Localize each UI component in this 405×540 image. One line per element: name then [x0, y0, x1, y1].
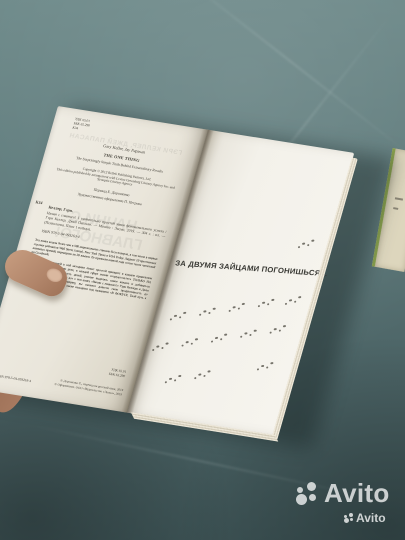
track-cluster: [194, 370, 211, 380]
track-cluster: [152, 342, 168, 352]
avito-logo-icon: [344, 513, 354, 523]
watermark-small: Avito: [344, 511, 386, 525]
track-cluster: [270, 325, 286, 335]
neighbor-book-marking: [395, 197, 403, 200]
udk-bottom-block: УДК 65.01 ББК 65.290: [108, 367, 127, 378]
neighbor-book-marking: [393, 207, 398, 210]
track-cluster: [240, 330, 257, 339]
footer-isbn: ISBN 978-5-04-093263-4: [0, 374, 31, 383]
watermark-small-label: Avito: [356, 511, 386, 525]
track-cluster: [257, 362, 274, 371]
track-cluster: [298, 240, 314, 250]
track-cluster: [181, 338, 198, 347]
footer-copyrights: © Дорошенко Е., перевод на русский язык,…: [54, 378, 124, 397]
thumb-nail: [45, 266, 65, 284]
track-cluster: [258, 299, 275, 308]
avito-logo-icon: [296, 482, 320, 506]
track-cluster: [199, 308, 216, 317]
track-cluster: [211, 333, 228, 343]
hare-caption: ЗА ДВУМЯ ЗАЙЦАМИ ПОГОНИШЬСЯ...: [175, 259, 320, 278]
track-cluster: [285, 296, 302, 306]
track-cluster: [228, 303, 245, 313]
watermark-large-label: Avito: [324, 478, 390, 509]
track-cluster: [165, 375, 182, 384]
track-cluster: [170, 312, 186, 322]
photo-background: ГЭРИ КЕЛЛЕР, ДЖЕЙ ПАПАСАН НАЧНИ С ГЛАВНО…: [0, 0, 405, 540]
watermark-large: Avito: [296, 478, 390, 509]
